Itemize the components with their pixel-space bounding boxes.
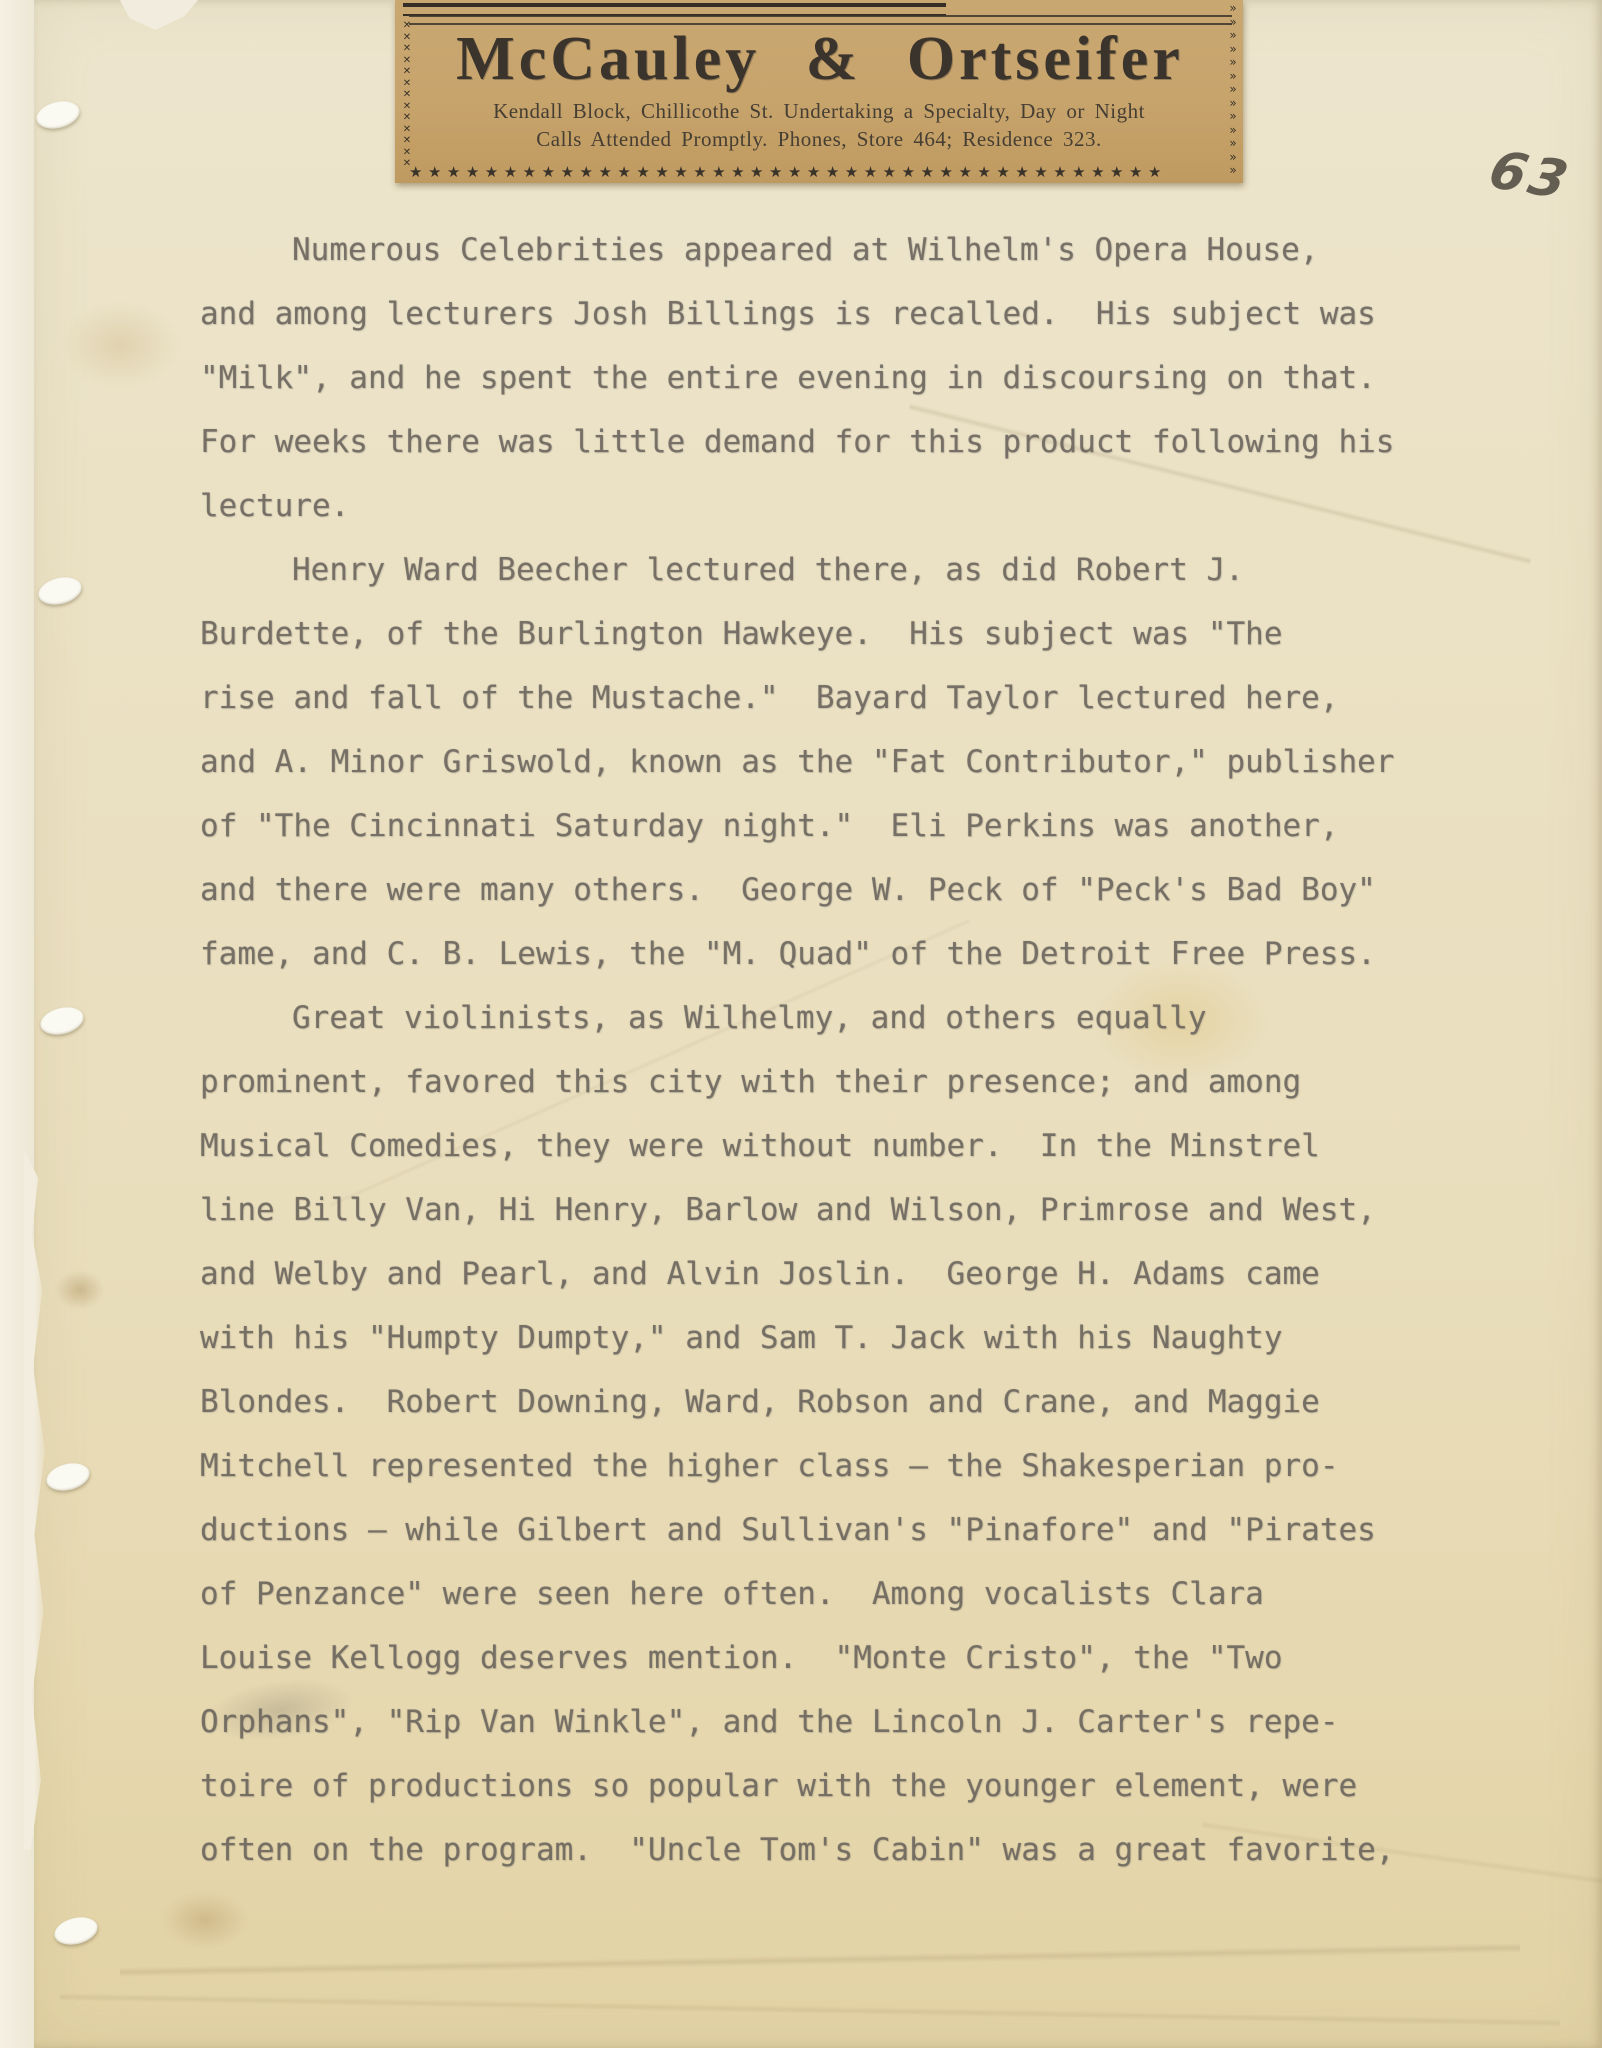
typed-line: Great violinists, as Wilhelmy, and other… bbox=[200, 1001, 1460, 1065]
typed-line: Henry Ward Beecher lectured there, as di… bbox=[200, 553, 1460, 617]
typed-line: often on the program. "Uncle Tom's Cabin… bbox=[200, 1833, 1460, 1897]
typed-line: line Billy Van, Hi Henry, Barlow and Wil… bbox=[200, 1193, 1460, 1257]
typed-line: Orphans", "Rip Van Winkle", and the Linc… bbox=[200, 1705, 1460, 1769]
typed-line: Louise Kellogg deserves mention. "Monte … bbox=[200, 1641, 1460, 1705]
typed-line: of Penzance" were seen here often. Among… bbox=[200, 1577, 1460, 1641]
typed-line: and among lecturers Josh Billings is rec… bbox=[200, 297, 1460, 361]
typed-line: For weeks there was little demand for th… bbox=[200, 425, 1460, 489]
typed-line: "Milk", and he spent the entire evening … bbox=[200, 361, 1460, 425]
typed-line: lecture. bbox=[200, 489, 1460, 553]
typed-line: and A. Minor Griswold, known as the "Fat… bbox=[200, 745, 1460, 809]
ad-address-line-2: Calls Attended Promptly. Phones, Store 4… bbox=[419, 127, 1219, 152]
typed-line: Numerous Celebrities appeared at Wilhelm… bbox=[200, 233, 1460, 297]
newspaper-ad-clipping: ✕ ✕ ✕ ✕ ✕ ✕ ✕ ✕ ✕ ✕ ✕ ✕ ✕ » » » » » » » … bbox=[395, 0, 1243, 183]
typed-line: toire of productions so popular with the… bbox=[200, 1769, 1460, 1833]
handwritten-page-number: 63 bbox=[1483, 141, 1578, 212]
ad-bottom-star-border: ★★★★★★★★★★★★★★★★★★★★★★★★★★★★★★★★★★★★★★★★ bbox=[409, 163, 1229, 181]
typed-line: of "The Cincinnati Saturday night." Eli … bbox=[200, 809, 1460, 873]
typed-line: prominent, favored this city with their … bbox=[200, 1065, 1460, 1129]
typed-line: rise and fall of the Mustache." Bayard T… bbox=[200, 681, 1460, 745]
ad-right-border-marks: » » » » » » » » » » » » » bbox=[1225, 2, 1241, 178]
typed-line: with his "Humpty Dumpty," and Sam T. Jac… bbox=[200, 1321, 1460, 1385]
scanned-page: { "page_number": "63", "ad": { "title": … bbox=[0, 0, 1602, 2048]
typed-text-block: Numerous Celebrities appeared at Wilhelm… bbox=[200, 233, 1460, 1897]
ad-address-line-1: Kendall Block, Chillicothe St. Undertaki… bbox=[419, 99, 1219, 124]
typed-line: Musical Comedies, they were without numb… bbox=[200, 1129, 1460, 1193]
typed-line: ductions — while Gilbert and Sullivan's … bbox=[200, 1513, 1460, 1577]
typed-line: and Welby and Pearl, and Alvin Joslin. G… bbox=[200, 1257, 1460, 1321]
typed-line: Burdette, of the Burlington Hawkeye. His… bbox=[200, 617, 1460, 681]
ad-left-border-marks: ✕ ✕ ✕ ✕ ✕ ✕ ✕ ✕ ✕ ✕ ✕ ✕ ✕ bbox=[398, 20, 416, 170]
typed-line: Mitchell represented the higher class — … bbox=[200, 1449, 1460, 1513]
typed-line: fame, and C. B. Lewis, the "M. Quad" of … bbox=[200, 937, 1460, 1001]
ad-business-name: McCauley & Ortseifer bbox=[425, 24, 1215, 95]
typed-line: and there were many others. George W. Pe… bbox=[200, 873, 1460, 937]
typed-line: Blondes. Robert Downing, Ward, Robson an… bbox=[200, 1385, 1460, 1449]
